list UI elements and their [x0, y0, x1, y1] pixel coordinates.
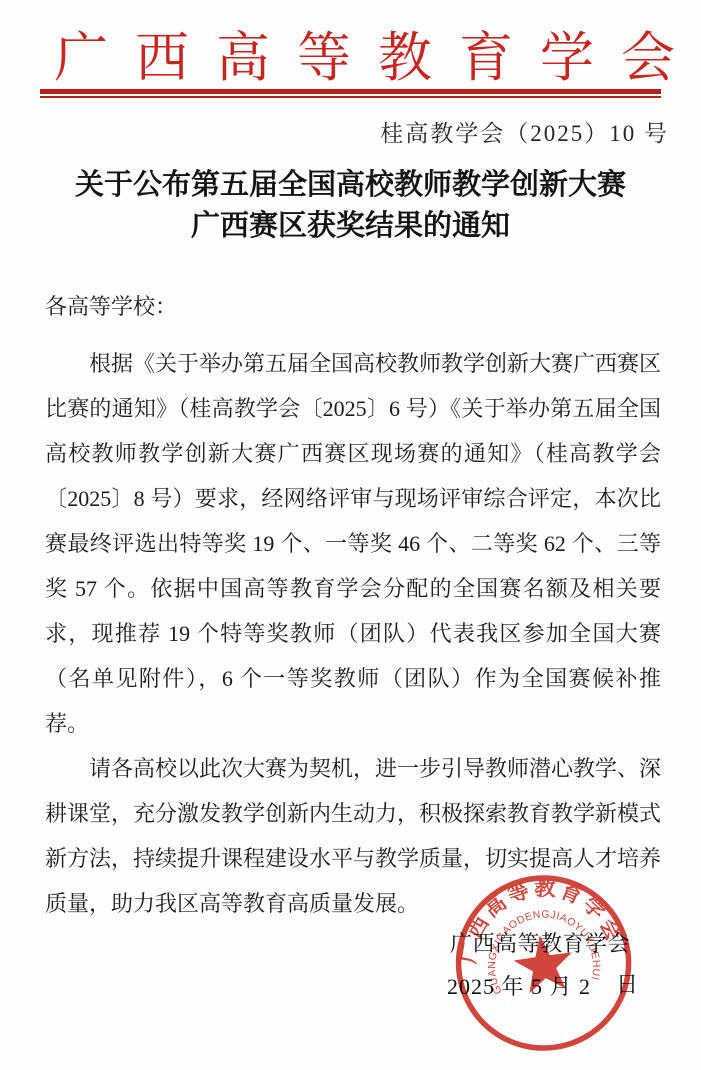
- document-title: 关于公布第五届全国高校教师教学创新大赛 广西赛区获奖结果的通知: [0, 165, 701, 247]
- document-body: 各高等学校： 根据《关于举办第五届全国高校教师教学创新大赛广西赛区比赛的通知》（…: [45, 284, 661, 926]
- letterhead-rule-thin: [40, 96, 661, 98]
- seal-star-icon: [510, 931, 576, 995]
- letterhead-org-name: 广西高等教育学会: [40, 27, 675, 89]
- doc-number: 桂高教学会（2025）10 号: [380, 115, 669, 148]
- document-page: 广西高等教育学会 桂高教学会（2025）10 号 关于公布第五届全国高校教师教学…: [0, 0, 701, 1070]
- document-title-line2: 广西赛区获奖结果的通知: [0, 206, 701, 247]
- official-seal: 广西高等教育学会 GUANGXIGAODENGJIAOYUXUEHUI: [440, 862, 648, 1070]
- letterhead-rule-thick: [40, 89, 661, 94]
- body-paragraph-1: 根据《关于举办第五届全国高校教师教学创新大赛广西赛区比赛的通知》（桂高教学会〔2…: [45, 341, 661, 746]
- salutation: 各高等学校：: [45, 284, 661, 329]
- document-title-line1: 关于公布第五届全国高校教师教学创新大赛: [0, 165, 701, 206]
